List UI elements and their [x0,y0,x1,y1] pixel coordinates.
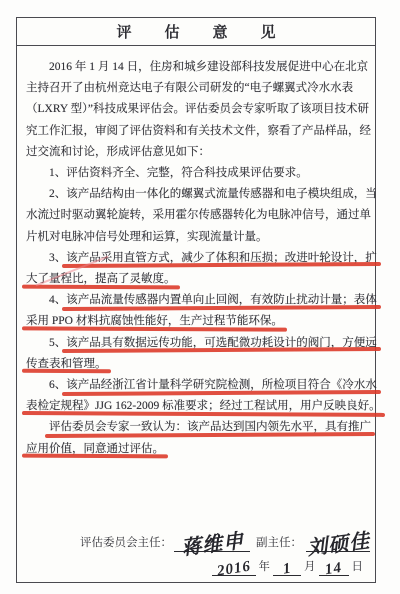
text-line: 4、该产品流量传感器内置单向止回阀，有效防止扰动计量；表体 [26,290,373,311]
red-underlined-text: 评估委员会专家一致认为：该产品达到国内领先水平，具有推广 [49,421,371,433]
text-segment: 1、评估资料齐全、完整，符合科技成果评估要求。 [49,167,308,179]
text-line: 水流过时驱动翼轮旋转，采用霍尔传感器转化为电脉冲信号，通过单 [26,205,373,226]
text-line: 6、该产品经浙江省计量科学研究院检测，所检项目符合《冷水水 [26,375,373,396]
text-line: 2、该产品结构由一体化的螺翼式流量传感器和电子模块组成，当 [26,184,373,205]
text-line: 片机对电脉冲信号处理和运算，实现流量计量。 [26,227,373,248]
text-segment: 过交流和讨论，形成评估意见如下： [26,146,210,158]
text-segment: 3、 [49,252,66,264]
text-line: 表检定规程》JJG 162-2009 标准要求；经过工程试用，用户反映良好。 [26,396,373,417]
red-underlined-text: 应用价值，同意通过评估。 [26,443,164,455]
text-segment: 6、 [49,379,66,391]
year-label: 年 [259,558,271,576]
signature-row: 评估委员会主任： 蒋维申 副主任： 刘硕佳 [80,529,370,552]
vice-chair-signature: 刘硕佳 [306,533,370,557]
text-line: 评估委员会专家一致认为：该产品达到国内领先水平，具有推广 [26,417,373,438]
text-segment: 5、 [49,337,66,349]
text-segment: 2016 年 1 月 14 日，住房和城乡建设部科技发展促进中心在北京 [49,61,368,73]
date-year: 2016 [216,560,252,578]
red-underlined-text: 该产品采用直管方式，减少了体积和压损；改进叶轮设计，扩 [66,252,377,264]
text-line: （LXRY 型）”科技成果评估会。评估委员会专家听取了该项目技术研 [26,99,373,120]
chair-label: 评估委员会主任： [80,534,172,552]
month-label: 月 [304,558,316,576]
document-body: 2016 年 1 月 14 日，住房和城乡建设部科技发展促进中心在北京主持召开了… [17,46,375,460]
date-year-line: 2016 [212,555,256,576]
day-label: 日 [352,558,364,576]
text-line: 大了量程比，提高了灵敏度。 [26,269,373,290]
document-title: 评估意见 [116,21,308,42]
red-underlined-text: 该产品流量传感器内置单向止回阀，有效防止扰动计量；表体 [66,294,377,306]
vice-chair-label: 副主任： [256,534,302,552]
red-underlined-text: 采用 PPO 材料抗腐蚀性能好，生产过程节能环保。 [26,315,283,327]
document-border: 评估意见 2016 年 1 月 14 日，住房和城乡建设部科技发展促进中心在北京… [16,17,376,583]
text-segment: （LXRY 型）”科技成果评估会。评估委员会专家听取了该项目技术研 [26,103,369,115]
text-line: 过交流和讨论，形成评估意见如下： [26,142,373,163]
red-underlined-text: 传查表和管理。 [26,358,107,370]
text-segment: 水流过时驱动翼轮旋转，采用霍尔传感器转化为电脉冲信号，通过单 [26,209,371,221]
text-line: 究工作汇报，审阅了评估资料和有关技术文件，察看了产品样品，经 [26,121,373,142]
text-line: 主持召开了由杭州竞达电子有限公司研发的“电子螺翼式冷水水表 [26,78,373,99]
text-line: 3、该产品采用直管方式，减少了体积和压损；改进叶轮设计，扩 [26,248,373,269]
text-line: 传查表和管理。 [26,354,373,375]
text-line: 采用 PPO 材料抗腐蚀性能好，生产过程节能环保。 [26,311,373,332]
date-day: 14 [324,562,343,577]
red-underlined-text: 表检定规程》JJG 162-2009 标准要求；经过工程试用，用户反映良好。 [26,400,381,412]
text-segment: 究工作汇报，审阅了评估资料和有关技术文件，察看了产品样品，经 [26,125,371,137]
chair-signature-line: 蒋维申 [174,529,250,552]
vice-chair-signature-line: 刘硕佳 [306,529,370,552]
date-month-line: 1 [273,555,301,576]
red-underlined-text: 该产品具有数据远传功能，可选配微功耗设计的阀门，方便远 [66,337,377,349]
red-underlined-text: 该产品经浙江省计量科学研究院检测，所检项目符合《冷水水 [66,379,377,391]
text-line: 2016 年 1 月 14 日，住房和城乡建设部科技发展促进中心在北京 [26,57,373,78]
date-day-line: 14 [319,555,349,576]
scanned-page: 评估意见 2016 年 1 月 14 日，住房和城乡建设部科技发展促进中心在北京… [0,0,400,594]
text-segment: 主持召开了由杭州竞达电子有限公司研发的“电子螺翼式冷水水表 [26,82,353,94]
title-bar: 评估意见 [17,18,375,46]
text-segment: 2、该产品结构由一体化的螺翼式流量传感器和电子模块组成，当 [49,188,377,200]
text-line: 应用价值，同意通过评估。 [26,439,373,460]
date-row: 2016 年 1 月 14 日 [209,555,364,576]
text-line: 5、该产品具有数据远传功能，可选配微功耗设计的阀门，方便远 [26,333,373,354]
text-line: 1、评估资料齐全、完整，符合科技成果评估要求。 [26,163,373,184]
text-segment: 4、 [49,294,66,306]
chair-signature: 蒋维申 [180,533,244,557]
date-month: 1 [282,562,292,576]
text-segment: 片机对电脉冲信号处理和运算，实现流量计量。 [26,231,268,243]
